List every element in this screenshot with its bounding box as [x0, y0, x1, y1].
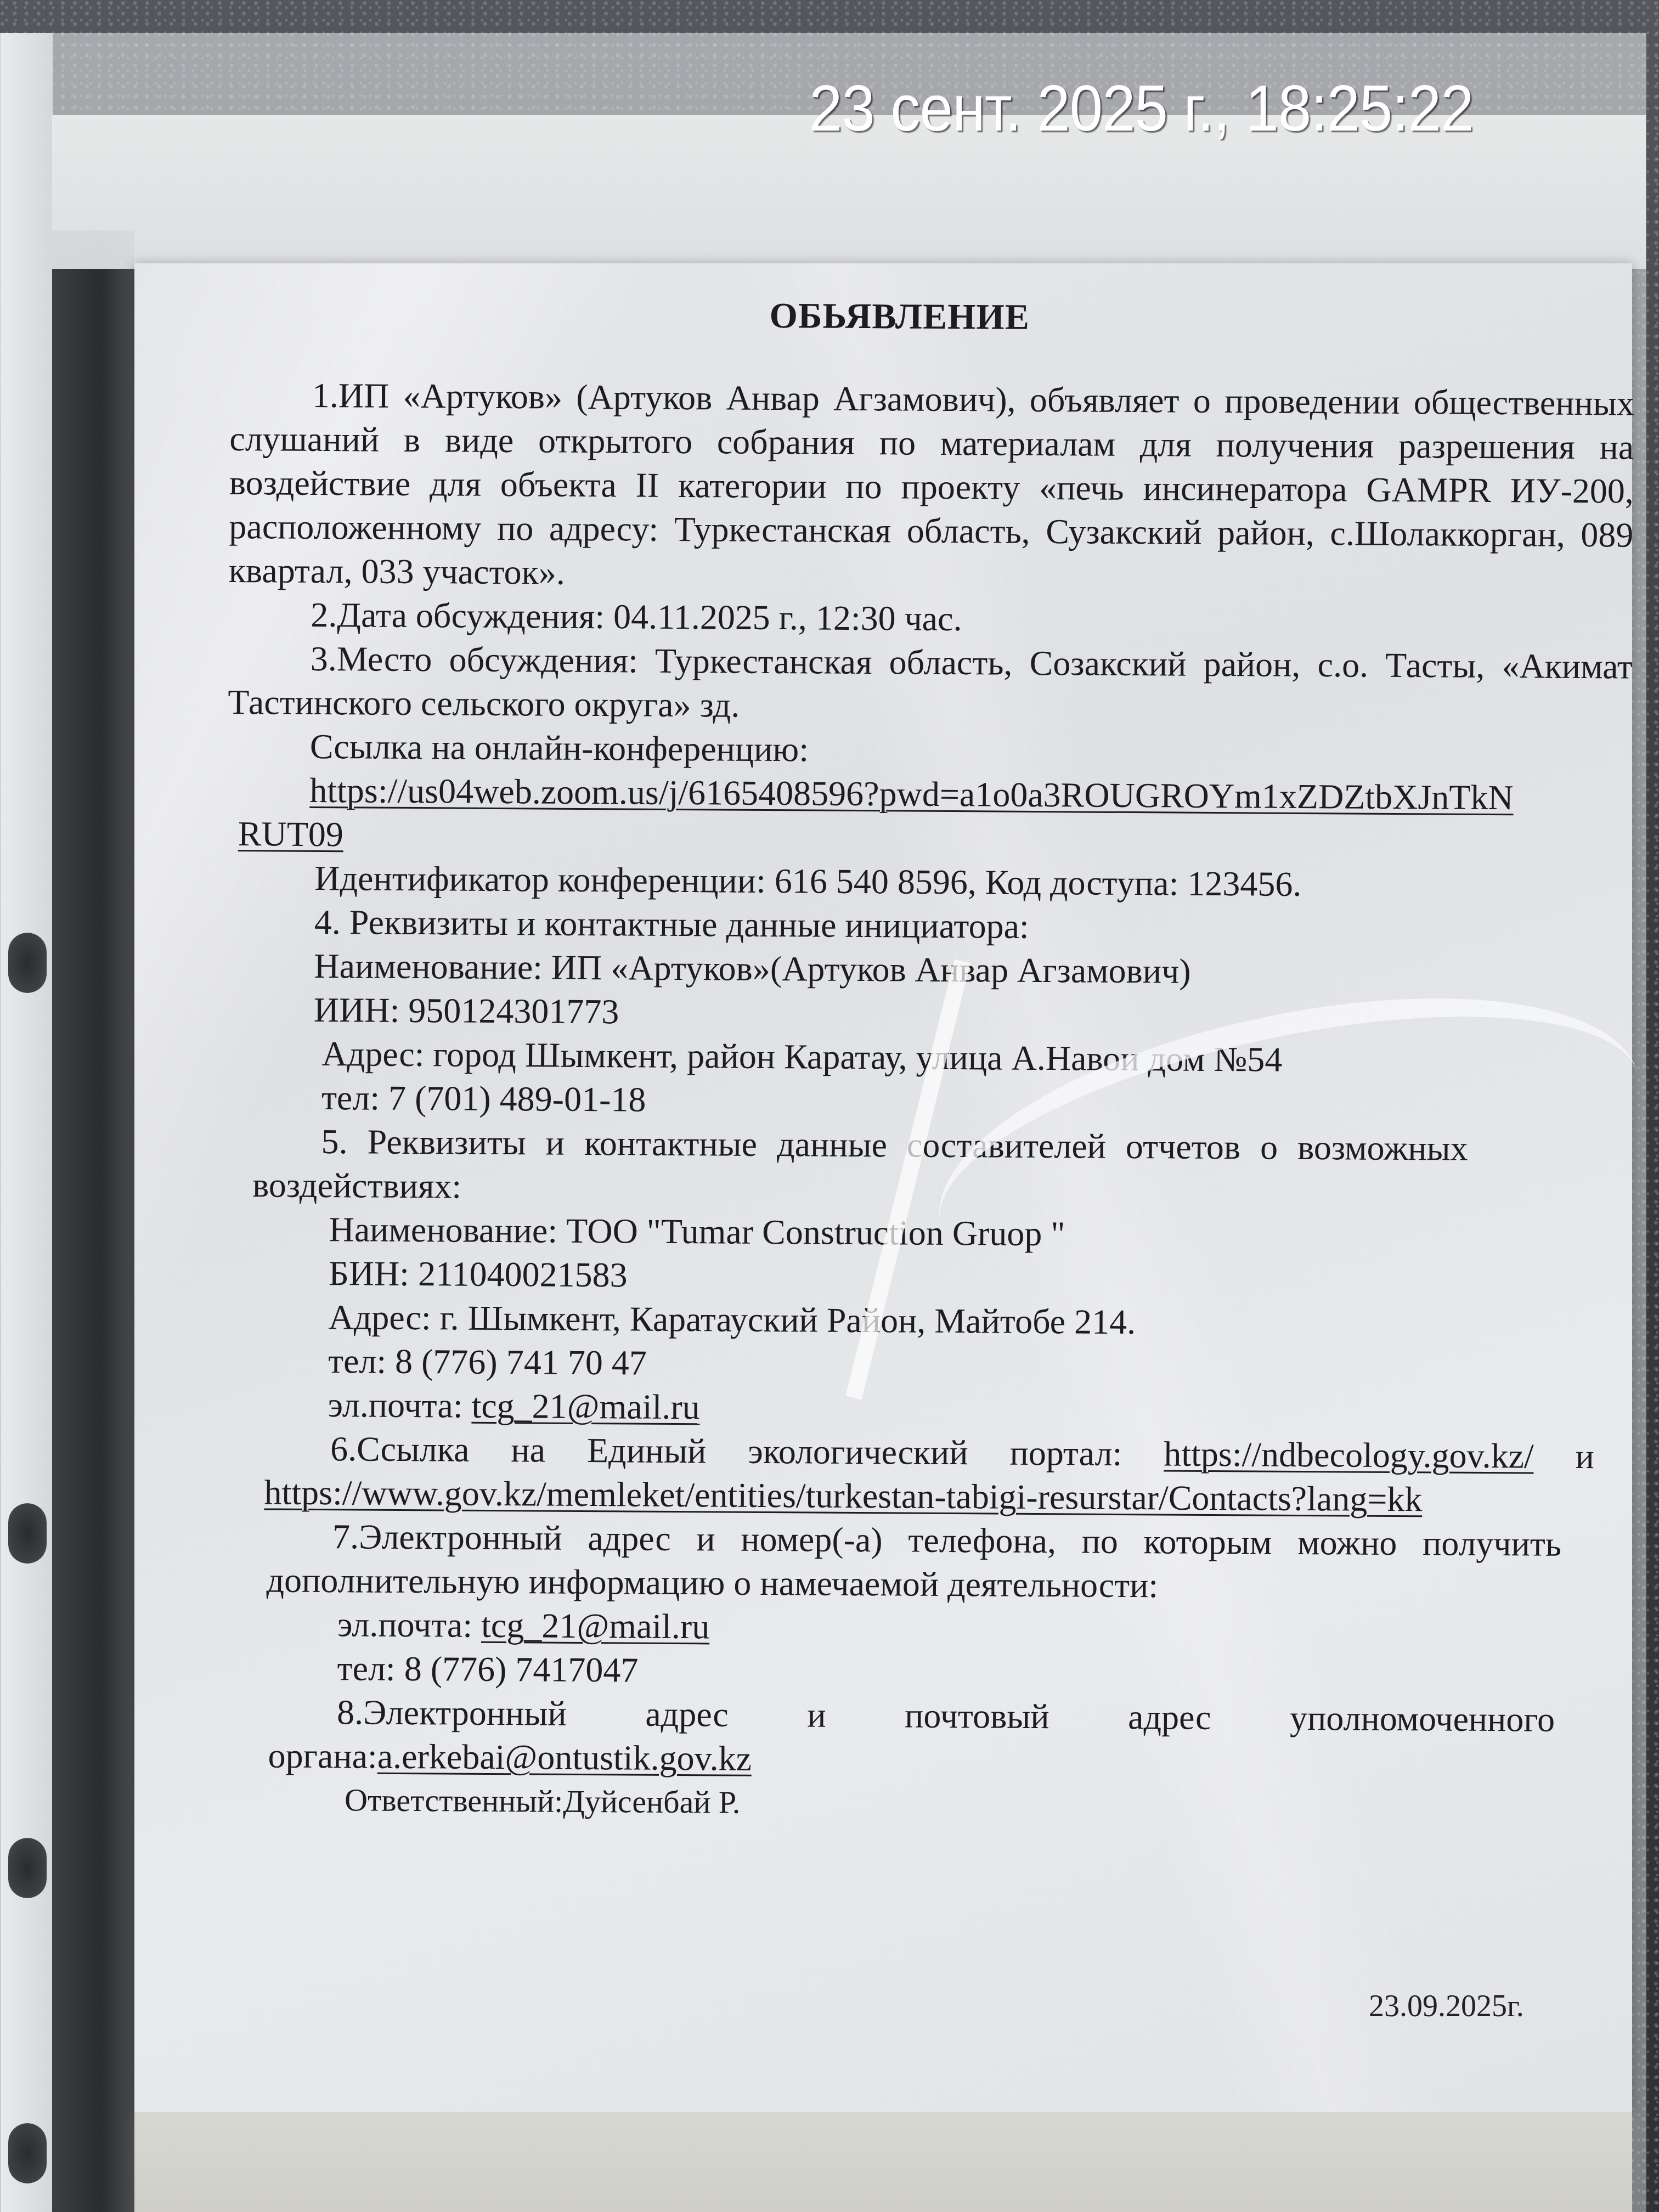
- online-conference-label: Ссылка на онлайн-конференцию:: [228, 724, 1632, 777]
- authority-email-link[interactable]: a.erkebai@ontustik.gov.kz: [377, 1737, 752, 1778]
- item-2-date: 2.Дата обсуждения: 04.11.2025 г., 12:30 …: [228, 592, 1633, 645]
- punch-hole: [8, 2123, 47, 2183]
- notice-title: ОБЬЯВЛЕНИЕ: [230, 291, 1635, 343]
- item-7-email-label: эл.почта:: [337, 1605, 481, 1645]
- item-7-email-row: эл.почта: tcg_21@mail.ru: [222, 1602, 1627, 1655]
- gov-kz-contacts-link[interactable]: https://www.gov.kz/memleket/entities/tur…: [264, 1472, 1422, 1519]
- author-address: Адрес: г. Шымкент, Каратауский Район, Ма…: [224, 1295, 1628, 1347]
- author-email-label: эл.почта:: [328, 1385, 471, 1425]
- item-7-heading: 7.Электронный адрес и номер(-а) телефона…: [222, 1514, 1627, 1611]
- punch-hole: [8, 1838, 47, 1898]
- item-6-link2-row: https://www.gov.kz/memleket/entities/tur…: [223, 1470, 1627, 1523]
- punch-hole: [8, 1503, 47, 1564]
- author-email-row: эл.почта: tcg_21@mail.ru: [223, 1383, 1628, 1435]
- item-8-heading: 8.Электронный адрес и почтовый адрес упо…: [222, 1690, 1626, 1742]
- initiator-iin: ИИН: 950124301773: [226, 988, 1630, 1040]
- item-1-announcement: 1.ИП «Артуков» (Артуков Анвар Агзамович)…: [229, 373, 1634, 601]
- initiator-address: Адрес: город Шымкент, район Каратау, ули…: [225, 1031, 1630, 1084]
- item-8-prefix: органа:: [268, 1736, 377, 1775]
- author-phone: тел: 8 (776) 741 70 47: [224, 1339, 1628, 1391]
- underlying-page-bottom: [134, 2112, 1632, 2212]
- item-5-heading-cont: воздействиях:: [225, 1163, 1629, 1216]
- author-bin: БИН: 211040021583: [224, 1251, 1629, 1304]
- zoom-link-line1[interactable]: https://us04web.zoom.us/j/6165408596?pwd…: [309, 771, 1514, 817]
- item-5-heading: 5. Реквизиты и контактные данные состави…: [225, 1119, 1629, 1172]
- item-4-heading: 4. Реквизиты и контактные данные инициат…: [227, 900, 1631, 952]
- author-name: Наименование: ТОО "Tumar Construction Gr…: [224, 1207, 1629, 1260]
- item-6-prefix: 6.Ссылка на Единый экологический портал:: [330, 1429, 1164, 1473]
- responsible-person: Ответственный:Дуйсенбай Р.: [221, 1778, 1626, 1830]
- photo-timestamp: 23 сент. 2025 г., 18:25:22: [809, 71, 1474, 146]
- binder-edge: [52, 230, 134, 2212]
- item-3-location: 3.Место обсуждения: Туркестанская област…: [228, 636, 1633, 733]
- initiator-name: Наименование: ИП «Артуков»(Артуков Анвар…: [226, 944, 1630, 996]
- sleeve-binding-strip: [1, 33, 53, 2212]
- zoom-link-line2[interactable]: RUT09: [238, 814, 343, 854]
- item-7-phone: тел: 8 (776) 7417047: [222, 1646, 1626, 1699]
- initiator-phone: тел: 7 (701) 489-01-18: [225, 1075, 1630, 1128]
- ecology-portal-link[interactable]: https://ndbecology.gov.kz/: [1164, 1434, 1534, 1475]
- notice-document: ОБЬЯВЛЕНИЕ 1.ИП «Артуков» (Артуков Анвар…: [221, 291, 1635, 1830]
- item-6-and: и: [1533, 1437, 1594, 1476]
- item-8-email-row: органа:a.erkebai@ontustik.gov.kz: [221, 1734, 1626, 1786]
- author-email-link[interactable]: tcg_21@mail.ru: [471, 1386, 700, 1427]
- zoom-link-continuation: RUT09: [227, 812, 1632, 865]
- conference-id: Идентификатор конференции: 616 540 8596,…: [227, 856, 1631, 909]
- online-conference-link[interactable]: https://us04web.zoom.us/j/6165408596?pwd…: [227, 768, 1632, 821]
- item-6-portal: 6.Ссылка на Единый экологический портал:…: [223, 1426, 1628, 1479]
- signature-date: 23.09.2025г.: [1369, 1989, 1524, 2024]
- punch-hole: [8, 933, 47, 993]
- item-7-email-link[interactable]: tcg_21@mail.ru: [481, 1606, 710, 1646]
